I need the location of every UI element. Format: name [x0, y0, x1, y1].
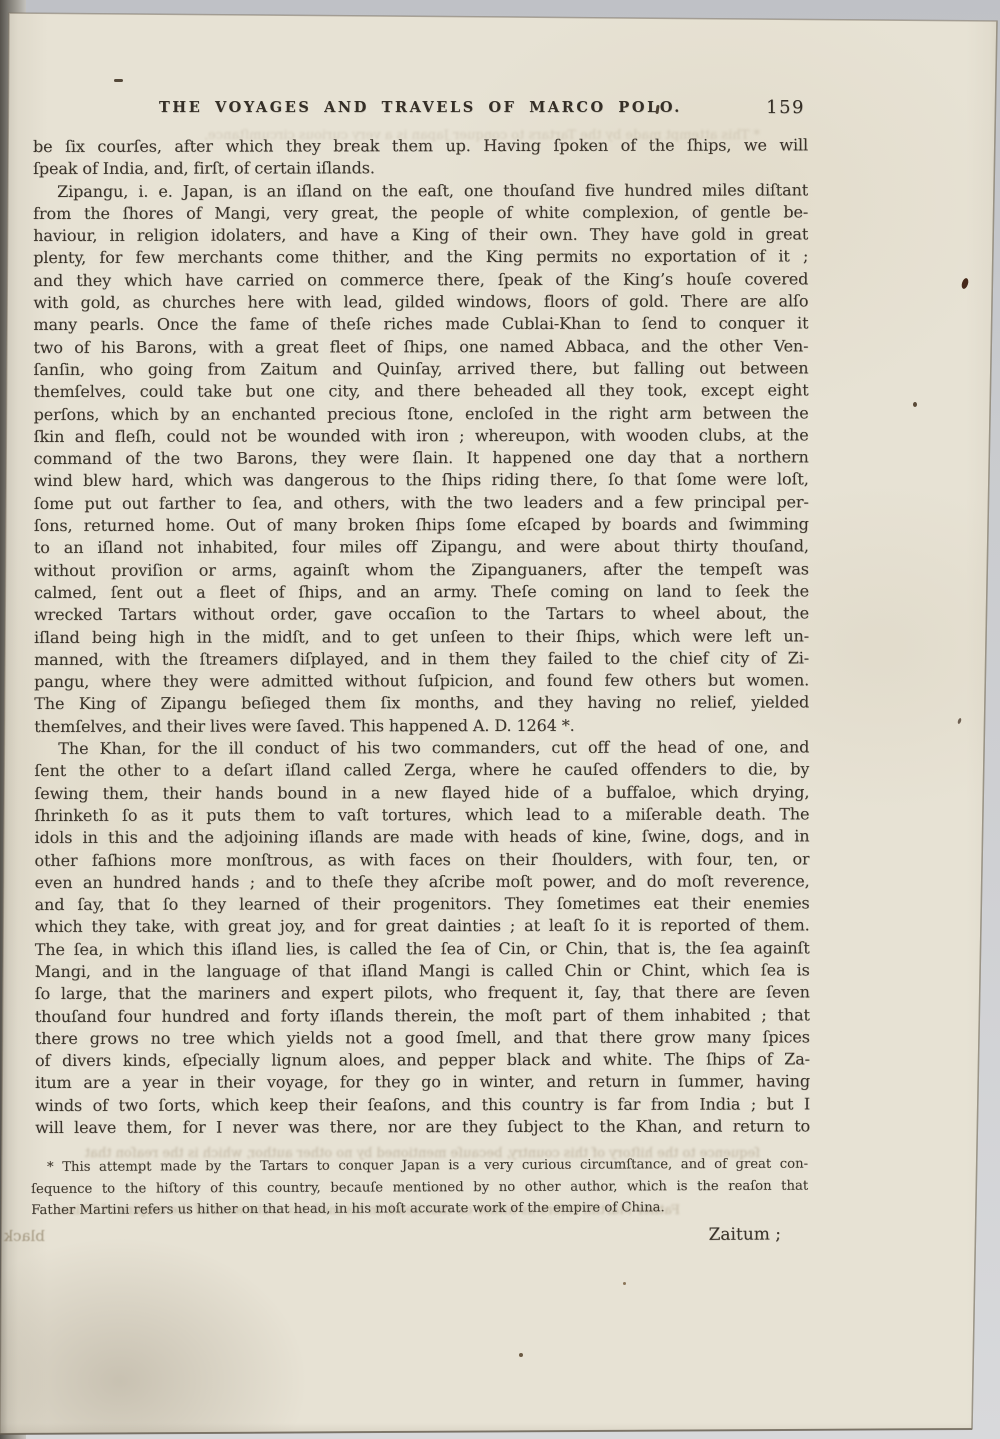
- book-page: THE VOYAGES AND TRAVELS OF MARCO POLO. 1…: [0, 0, 1000, 1439]
- text-line: winds of two ſorts, which keep their ſea…: [35, 1093, 810, 1117]
- text-line: The King of Zipangu beſieged them ſix mo…: [34, 692, 809, 716]
- text-line: other faſhions more monſtrous, as with f…: [34, 848, 809, 872]
- text-line: The ſea, in which this iſland lies, is c…: [35, 937, 810, 961]
- text-line: Mangi, and in the language of that iſlan…: [35, 959, 810, 983]
- text-line: ſo large, that the mariners and expert p…: [35, 982, 810, 1006]
- text-line: two of his Barons, with a great fleet of…: [33, 335, 808, 359]
- text-line: themſelves, could take but one city, and…: [34, 380, 809, 404]
- text-line: and they which have carried on commerce …: [33, 268, 808, 292]
- text-line: perſons, which by an enchanted precious …: [34, 402, 809, 426]
- paper-speck: [114, 79, 123, 82]
- page-number: 159: [766, 97, 805, 118]
- text-line: calmed, ſent out a fleet of ſhips, and a…: [34, 580, 809, 604]
- text-line: manned, with the ſtreamers diſplayed, an…: [34, 647, 809, 671]
- text-line: The Khan, for the ill conduct of his two…: [34, 736, 809, 760]
- paragraph: be ſix courſes, after which they break t…: [33, 134, 808, 180]
- paper-speck: [623, 1282, 626, 1285]
- text-line: wrecked Tartars without order, gave occa…: [34, 603, 809, 627]
- text-line: ſons, returned home. Out of many broken …: [34, 513, 809, 537]
- text-line: ſome put out farther to ſea, and others,…: [34, 491, 809, 515]
- text-line: idols in this and the adjoining iſlands …: [34, 826, 809, 850]
- text-line: itum are a year in their voyage, for the…: [35, 1071, 810, 1095]
- paragraph: The Khan, for the ill conduct of his two…: [34, 736, 810, 1139]
- scanned-book-photo: { "scan": { "colors": { "paper": "#e7e2d…: [0, 0, 1000, 1439]
- text-line: there grows no tree which yields not a g…: [35, 1026, 810, 1050]
- text-line: pangu, where they were admitted without …: [34, 670, 809, 694]
- text-line: from the ſhores of Mangi, very great, th…: [33, 201, 808, 225]
- text-line: ſequence to the hiſtory of this country,…: [31, 1175, 808, 1200]
- text-line: iſland being high in the midſt, and to g…: [34, 625, 809, 649]
- text-line: ſent the other to a deſart iſland called…: [34, 759, 809, 783]
- paper-speck: [519, 1353, 523, 1357]
- paragraph: Zipangu, i. e. Japan, is an iſland on th…: [33, 179, 809, 738]
- text-line: and ſay, that ſo they learned of their p…: [35, 892, 810, 916]
- text-line: with gold, as churches here with lead, g…: [33, 290, 808, 314]
- text-line: plenty, for few merchants come thither, …: [33, 246, 808, 270]
- text-line: command of the two Barons, they were ſla…: [34, 447, 809, 471]
- text-line: even an hundred hands ; and to theſe the…: [35, 870, 810, 894]
- text-line: be ſix courſes, after which they break t…: [33, 134, 808, 158]
- text-line: ſhrinketh ſo as it puts them to vaſt tor…: [34, 803, 809, 827]
- bleedthrough-word: black: [4, 1227, 45, 1245]
- text-line: haviour, in religion idolaters, and have…: [33, 224, 808, 248]
- text-line: without proviſion or arms, againſt whom …: [34, 558, 809, 582]
- text-line: will leave them, for I never was there, …: [35, 1115, 810, 1139]
- paper-speck: [957, 718, 962, 725]
- text-line: Zipangu, i. e. Japan, is an iſland on th…: [33, 179, 808, 203]
- text-line: ſanſin, who going from Zaitum and Quinſa…: [33, 357, 808, 381]
- text-line: Father Martini refers us hither on that …: [31, 1197, 808, 1222]
- text-line: which they take, with great joy, and for…: [35, 915, 810, 939]
- catchword: Zaitum ;: [33, 1224, 781, 1249]
- text-line: themſelves, and their lives were ſaved. …: [34, 714, 809, 738]
- body-text: be ſix courſes, after which they break t…: [33, 134, 810, 1139]
- text-line: * This attempt made by the Tartars to co…: [31, 1154, 808, 1179]
- text-line: thouſand four hundred and forty iſlands …: [35, 1004, 810, 1028]
- paper-speck: [960, 277, 969, 289]
- text-line: of divers kinds, eſpecially lignum aloes…: [35, 1049, 810, 1073]
- text-line: ſewing them, their hands bound in a new …: [34, 781, 809, 805]
- footnote: * This attempt made by the Tartars to co…: [31, 1154, 808, 1222]
- text-line: ſpeak of India, and, firſt, of certain i…: [33, 157, 808, 181]
- text-line: to an iſland not inhabited, four miles o…: [34, 536, 809, 560]
- text-line: many pearls. Once the fame of theſe rich…: [33, 313, 808, 337]
- page-header: THE VOYAGES AND TRAVELS OF MARCO POLO. 1…: [33, 99, 808, 121]
- paper-speck: [913, 402, 917, 407]
- text-line: wind blew hard, which was dangerous to t…: [34, 469, 809, 493]
- running-title: THE VOYAGES AND TRAVELS OF MARCO POLO.: [33, 99, 808, 116]
- text-line: ſkin and fleſh, could not be wounded wit…: [34, 424, 809, 448]
